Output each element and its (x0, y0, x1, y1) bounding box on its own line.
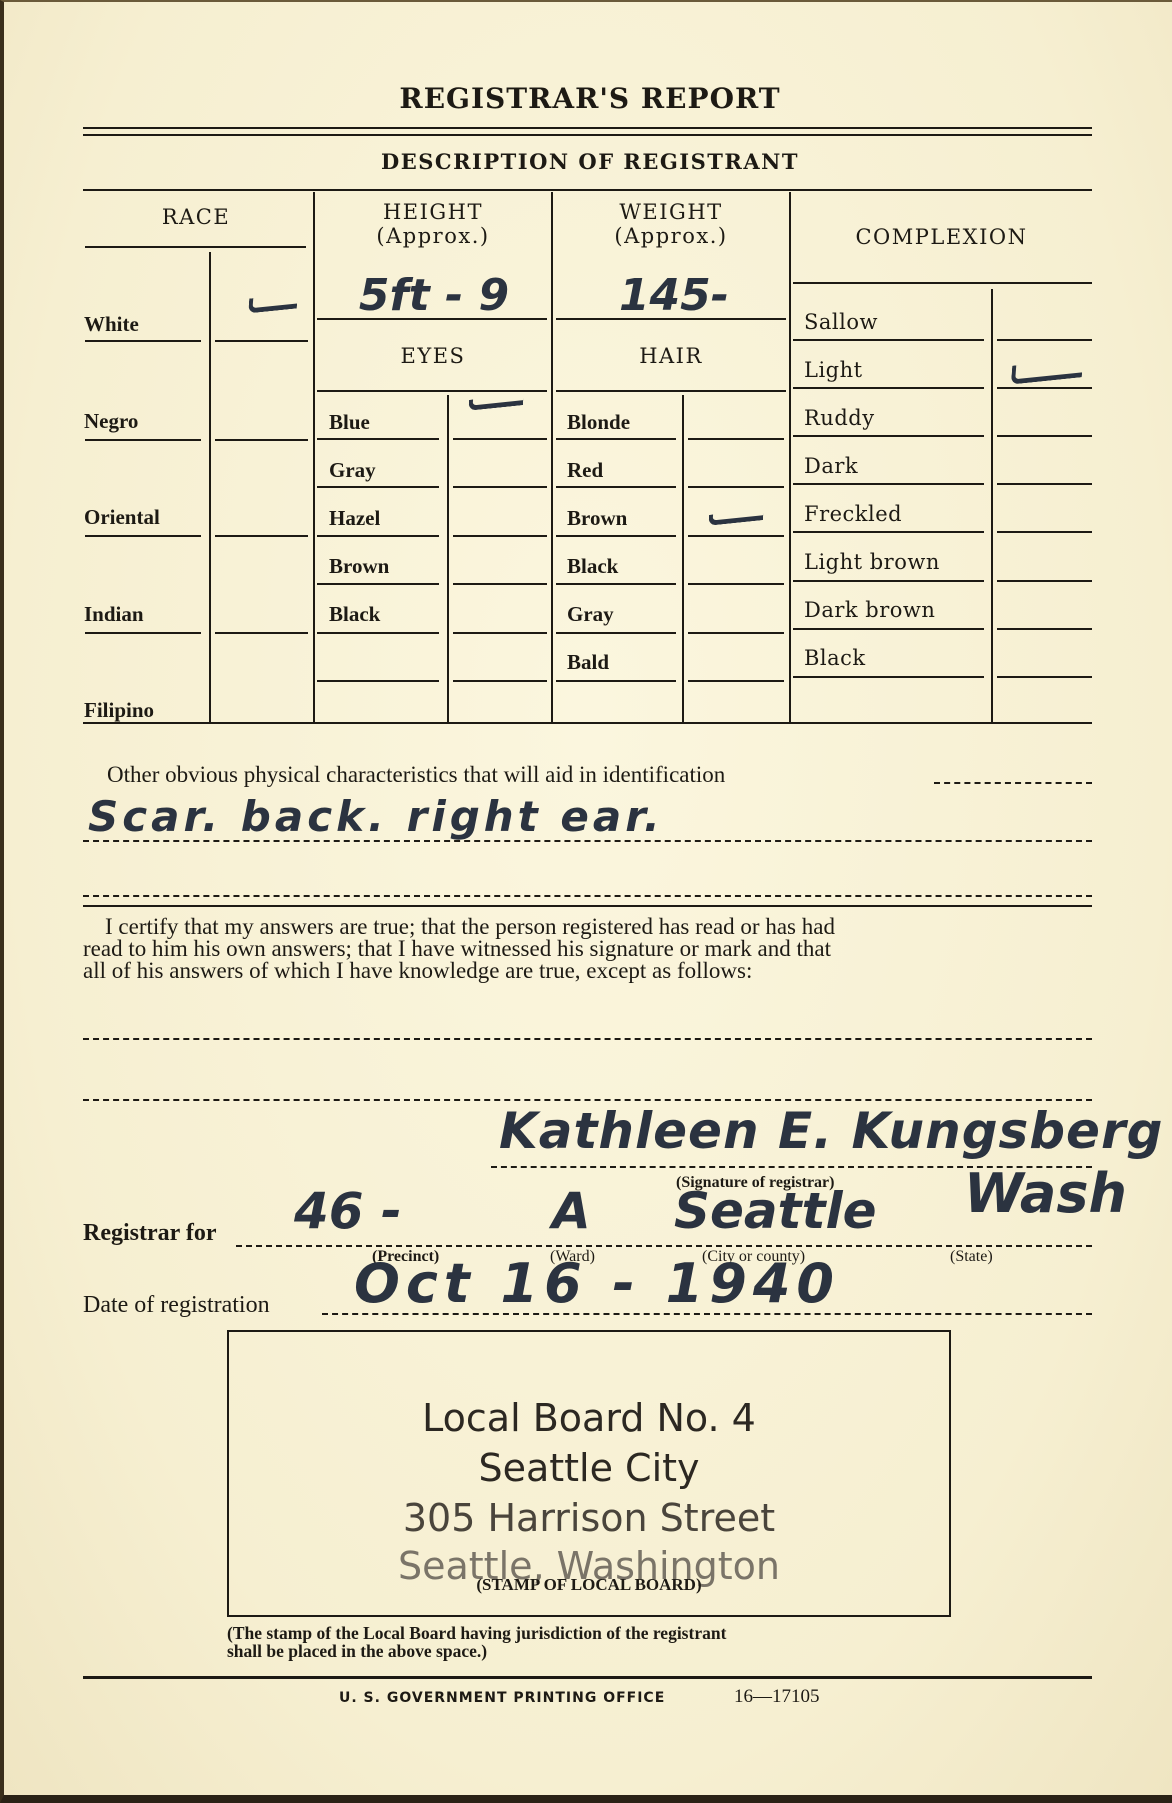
weight-header-sub: (Approx.) (553, 224, 789, 248)
complexion-header: COMPLEXION (791, 225, 1092, 249)
eyes-check-rule (453, 583, 547, 585)
hair-option-gray: Gray (567, 602, 614, 627)
form-number: 16—17105 (734, 1686, 820, 1708)
date-registration-value[interactable]: Oct 16 - 1940 (354, 1252, 840, 1315)
complexion-check-rule (997, 435, 1092, 437)
col-divider-race (313, 192, 315, 722)
eyes-row-rule (317, 535, 439, 537)
eyes-row-rule (317, 583, 439, 585)
race-header-rule (85, 246, 306, 248)
height-header: HEIGHT (Approx.) (315, 200, 551, 248)
complexion-option-black: Black (804, 646, 866, 670)
stamp-box: Local Board No. 4 Seattle City 305 Harri… (227, 1330, 951, 1617)
eyes-header: EYES (315, 344, 551, 368)
hair-row-rule (556, 632, 676, 634)
eyes-row-rule (317, 680, 439, 682)
weight-header: WEIGHT (Approx.) (553, 200, 789, 248)
complexion-row-rule (793, 483, 984, 485)
hair-check-rule (688, 680, 784, 682)
hair-row-rule (556, 438, 676, 440)
complexion-row-rule (793, 628, 984, 630)
hair-option-brown: Brown (567, 506, 627, 531)
exceptions-line-1 (83, 1038, 1092, 1040)
certification-line-2: read to him his own answers; that I have… (83, 938, 1095, 960)
complexion-row-rule (793, 676, 984, 678)
complexion-check-rule (997, 483, 1092, 485)
height-header-label: HEIGHT (315, 200, 551, 224)
complexion-option-ruddy: Ruddy (804, 406, 875, 430)
stamp-caption: (STAMP OF LOCAL BOARD) (229, 1575, 949, 1595)
eyes-option-hazel: Hazel (329, 506, 380, 531)
eyes-row-rule (317, 438, 439, 440)
height-header-sub: (Approx.) (315, 224, 551, 248)
stamp-line-2: Seattle City (229, 1446, 949, 1490)
complexion-check-rule (997, 580, 1092, 582)
hair-option-black: Black (567, 554, 618, 579)
complexion-check-rule (997, 339, 1092, 341)
hair-row-rule (556, 486, 676, 488)
race-header: RACE (83, 205, 309, 229)
hair-row-rule (556, 680, 676, 682)
col-divider-weight (789, 192, 791, 722)
registration-card: REGISTRAR'S REPORT DESCRIPTION OF REGIST… (0, 0, 1172, 1803)
page-title: REGISTRAR'S REPORT (4, 82, 1172, 115)
complexion-option-dark-brown: Dark brown (804, 598, 935, 622)
race-check-rule (215, 340, 308, 342)
hair-check-rule (688, 438, 784, 440)
race-white-checkmark-icon[interactable] (248, 294, 298, 314)
title-double-rule-bottom (83, 134, 1092, 136)
complexion-check-rule (997, 387, 1092, 389)
table-bottom-rule (83, 722, 1092, 724)
physical-section-rule (83, 905, 1092, 907)
eyes-check-rule (453, 438, 547, 440)
precinct-value[interactable]: 46 - (294, 1182, 402, 1240)
date-registration-label: Date of registration (83, 1292, 270, 1319)
eyes-check-rule (453, 680, 547, 682)
registrar-for-label: Registrar for (83, 1220, 217, 1247)
hair-row-rule (556, 583, 676, 585)
complexion-check-rule (997, 628, 1092, 630)
eyes-header-rule (317, 390, 547, 392)
height-value-rule (317, 318, 547, 320)
complexion-header-rule (793, 282, 1092, 284)
hair-option-bald: Bald (567, 650, 609, 675)
city-value[interactable]: Seattle (674, 1182, 877, 1240)
complexion-option-freckled: Freckled (804, 502, 902, 526)
complexion-option-sallow: Sallow (804, 310, 878, 334)
state-caption: (State) (950, 1248, 993, 1266)
state-value[interactable]: Wash (964, 1162, 1127, 1225)
table-top-rule (83, 189, 1092, 191)
height-value[interactable]: 5ft - 9 (324, 270, 544, 321)
hair-header-rule (556, 390, 786, 392)
eyes-blue-checkmark-icon[interactable] (468, 394, 523, 411)
complexion-row-rule (793, 387, 984, 389)
certification-text: I certify that my answers are true; that… (83, 916, 1095, 982)
race-option-indian: Indian (84, 602, 144, 627)
hair-brown-checkmark-icon[interactable] (708, 509, 763, 526)
title-double-rule-top (83, 127, 1092, 129)
eyes-row-rule (317, 486, 439, 488)
hair-check-rule (688, 535, 784, 537)
physical-line-2 (83, 895, 1092, 897)
stamp-note-line-2: shall be placed in the above space.) (227, 1642, 726, 1660)
race-row-rule (85, 535, 201, 537)
complexion-row-rule (793, 580, 984, 582)
complexion-light-checkmark-icon[interactable] (1011, 358, 1083, 384)
race-option-white: White (84, 312, 139, 337)
registrar-for-line (236, 1245, 1092, 1247)
eyes-option-black: Black (329, 602, 380, 627)
complexion-row-rule (793, 531, 984, 533)
stamp-line-1: Local Board No. 4 (229, 1396, 949, 1440)
race-row-rule (85, 439, 201, 441)
race-option-filipino: Filipino (84, 698, 154, 723)
eyes-check-rule (453, 486, 547, 488)
stamp-note-line-1: (The stamp of the Local Board having jur… (227, 1624, 726, 1642)
col-divider-height (551, 192, 553, 722)
hair-check-divider (682, 395, 684, 722)
hair-option-red: Red (567, 458, 603, 483)
hair-check-rule (688, 486, 784, 488)
weight-header-label: WEIGHT (553, 200, 789, 224)
hair-check-rule (688, 583, 784, 585)
race-row-rule (85, 340, 201, 342)
eyes-row-rule (317, 632, 439, 634)
physical-characteristics-label: Other obvious physical characteristics t… (107, 762, 725, 788)
physical-characteristics-value[interactable]: Scar. back. right ear. (88, 792, 664, 841)
hair-check-rule (688, 632, 784, 634)
hair-option-blonde: Blonde (567, 410, 630, 435)
weight-value-rule (556, 318, 786, 320)
hair-row-rule (556, 535, 676, 537)
registrar-signature[interactable]: Kathleen E. Kungsberg (499, 1102, 1163, 1160)
physical-line-1 (83, 840, 1092, 842)
complexion-option-light-brown: Light brown (804, 550, 940, 574)
eyes-option-brown: Brown (329, 554, 389, 579)
eyes-check-rule (453, 535, 547, 537)
certification-line-3: all of his answers of which I have knowl… (83, 960, 1095, 982)
stamp-note: (The stamp of the Local Board having jur… (227, 1624, 726, 1660)
complexion-option-light: Light (804, 358, 863, 382)
race-check-rule (215, 535, 308, 537)
eyes-check-rule (453, 632, 547, 634)
section-title: DESCRIPTION OF REGISTRANT (4, 149, 1172, 174)
complexion-check-rule (997, 531, 1092, 533)
exceptions-line-2 (83, 1099, 1092, 1101)
race-option-oriental: Oriental (84, 505, 160, 530)
footer-rule (83, 1676, 1092, 1679)
hair-header: HAIR (553, 344, 789, 368)
complexion-check-rule (997, 676, 1092, 678)
complexion-row-rule (793, 339, 984, 341)
eyes-check-divider (447, 395, 449, 722)
race-check-rule (215, 439, 308, 441)
physical-label-leader (934, 782, 1092, 784)
complexion-row-rule (793, 435, 984, 437)
complexion-option-dark: Dark (804, 454, 858, 478)
race-option-negro: Negro (84, 409, 138, 434)
race-check-divider (209, 252, 211, 722)
race-row-rule (85, 632, 201, 634)
eyes-option-blue: Blue (329, 410, 370, 435)
race-check-rule (215, 632, 308, 634)
stamp-line-3: 305 Harrison Street (229, 1496, 949, 1540)
weight-value[interactable]: 145- (564, 270, 784, 321)
certification-line-1: I certify that my answers are true; that… (83, 916, 1095, 938)
printer-credit: U. S. GOVERNMENT PRINTING OFFICE (339, 1690, 665, 1706)
eyes-option-gray: Gray (329, 458, 376, 483)
ward-value[interactable]: A (552, 1182, 591, 1240)
complexion-check-divider (991, 289, 993, 722)
